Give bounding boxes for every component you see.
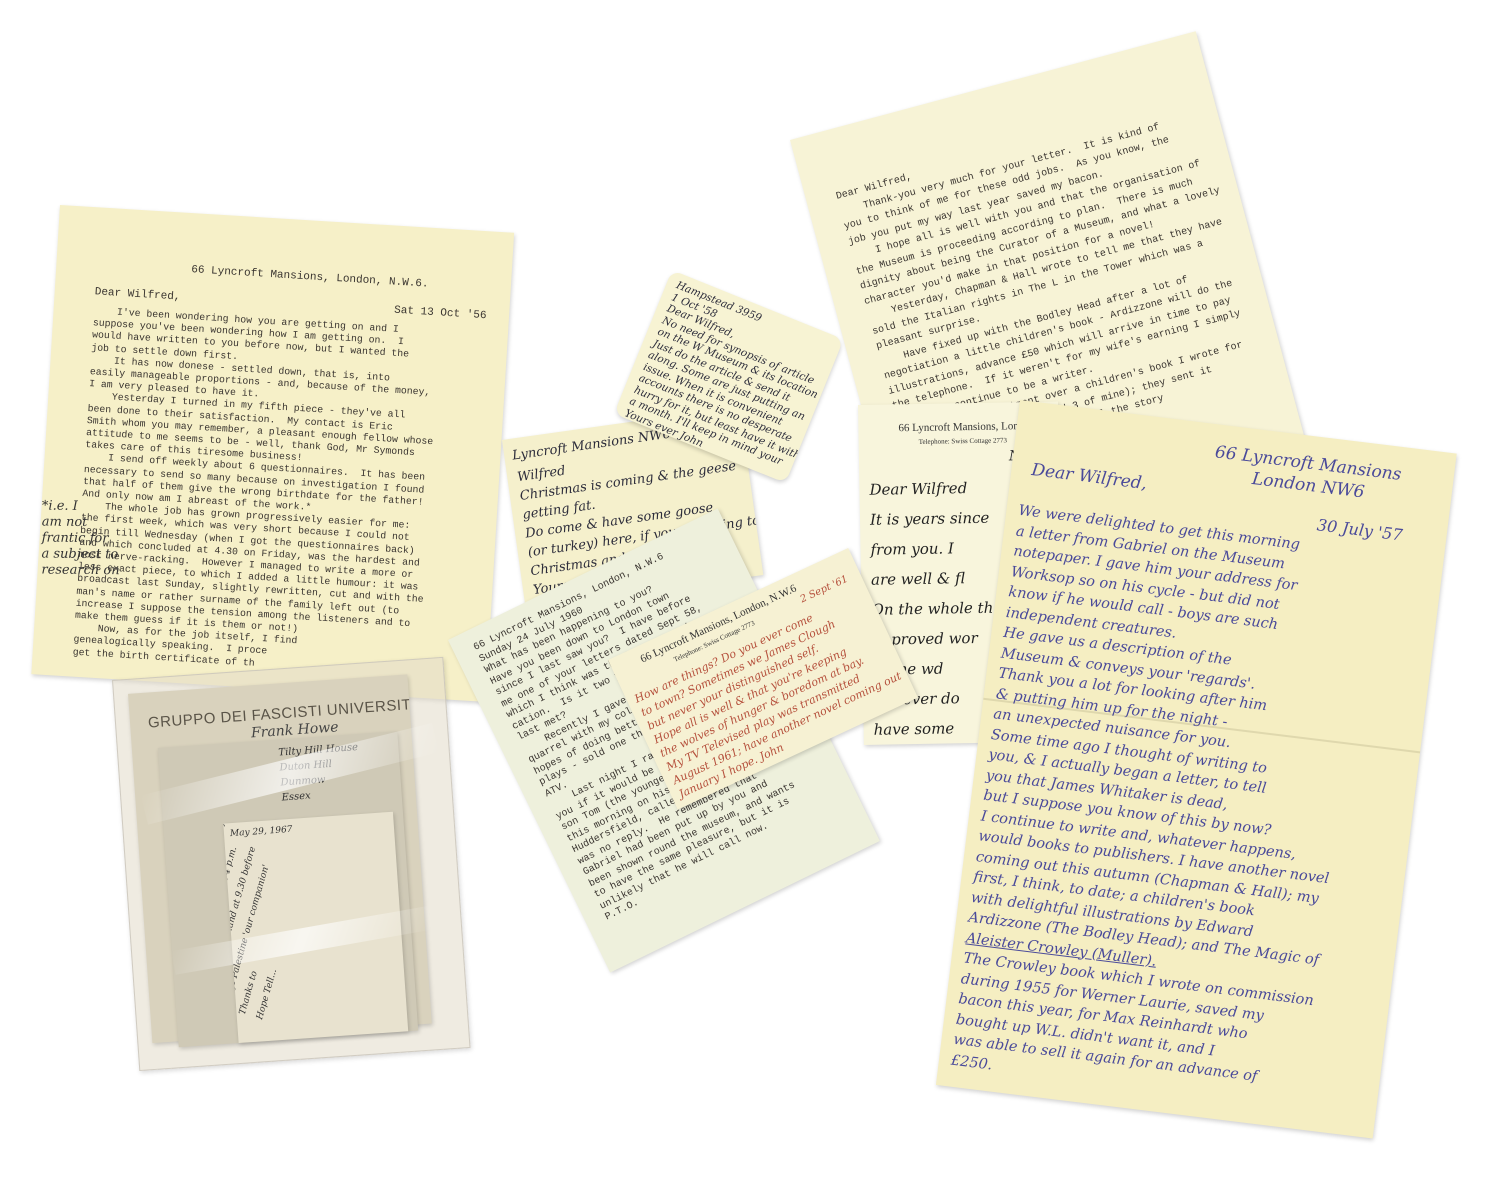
letter-date: Sat 13 Oct '56 <box>394 304 487 324</box>
letter-address: 66 Lyncroft Mansions, London, N.W.6. <box>191 263 429 291</box>
body-line: On the whole th <box>871 593 993 625</box>
letter-body: We were delighted to get this morning a … <box>950 501 1370 1114</box>
letter-body: I've been wondering how you are getting … <box>72 305 440 679</box>
letterhead-telephone: Telephone: Swiss Cottage 2773 <box>919 436 1008 446</box>
body-line: are well & fl <box>871 563 993 595</box>
body-line: It is years since <box>870 503 992 535</box>
handwritten-letter-july57: 66 Lyncroft Mansions London NW6 30 July … <box>936 400 1457 1138</box>
note-line: am not <box>42 515 120 532</box>
letter-salutation: Dear Wilfred, <box>1030 460 1148 494</box>
body-line: from you. I <box>870 533 992 565</box>
note-line: research on <box>41 563 119 580</box>
note-line: a subject to <box>41 547 119 564</box>
typed-letter-1956: 66 Lyncroft Mansions, London, N.W.6. Dea… <box>31 205 514 702</box>
card-body: No really this morning from PMR 17/6, by… <box>223 812 329 1022</box>
margin-note: *i.e. I am not frantic for a subject to … <box>41 499 120 580</box>
plastic-sleeve: GRUPPO DEI FASCISTI UNIVERSITARI Frank H… <box>112 657 471 1071</box>
note-line: frantic for <box>42 531 120 548</box>
note-line: *i.e. I <box>42 499 120 516</box>
letter-salutation: Dear Wilfred <box>869 473 991 505</box>
letter-salutation: Dear Wilfred, <box>94 285 181 304</box>
